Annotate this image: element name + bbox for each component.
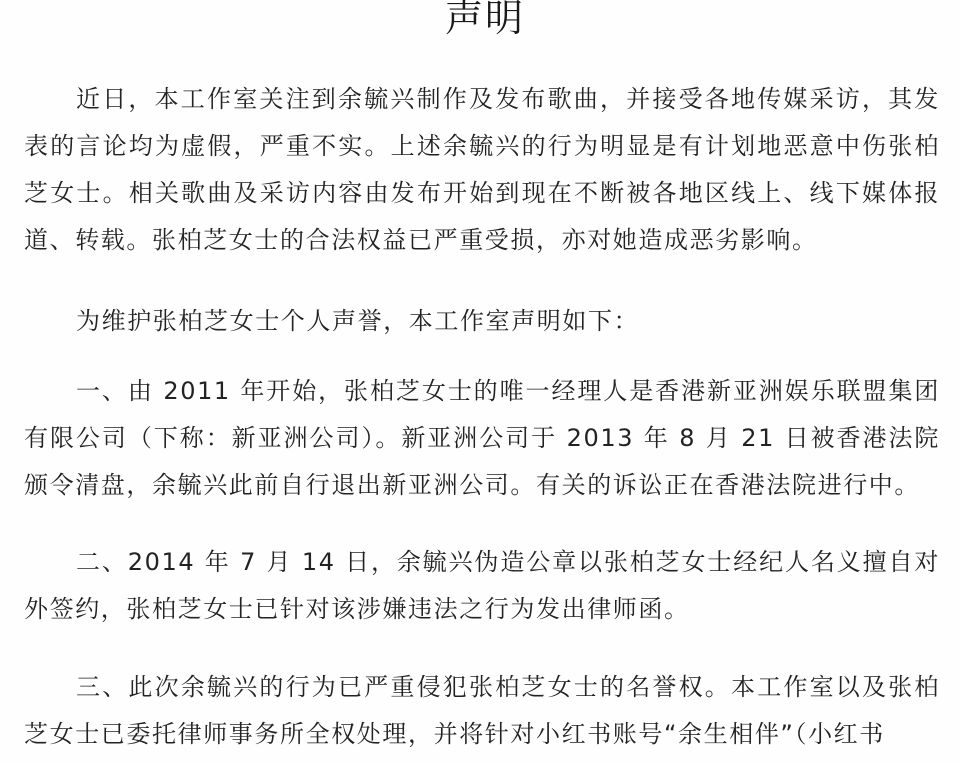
paragraph-point-3: 三、此次余毓兴的行为已严重侵犯张柏芝女士的名誉权。本工作室以及张柏芝女士已委托律… <box>24 664 940 758</box>
paragraph-intro: 近日，本工作室关注到余毓兴制作及发布歌曲，并接受各地传媒采访，其发表的言论均为虚… <box>24 76 940 264</box>
paragraph-preamble: 为维护张柏芝女士个人声誉，本工作室声明如下： <box>24 298 940 345</box>
page-title: 声明 <box>0 0 960 42</box>
paragraph-point-2: 二、2014 年 7 月 14 日，余毓兴伪造公章以张柏芝女士经纪人名义擅自对外… <box>24 539 940 633</box>
paragraph-point-1: 一、由 2011 年开始，张柏芝女士的唯一经理人是香港新亚洲娱乐联盟集团有限公司… <box>24 368 940 509</box>
document-page: 声明 近日，本工作室关注到余毓兴制作及发布歌曲，并接受各地传媒采访，其发表的言论… <box>0 0 960 763</box>
